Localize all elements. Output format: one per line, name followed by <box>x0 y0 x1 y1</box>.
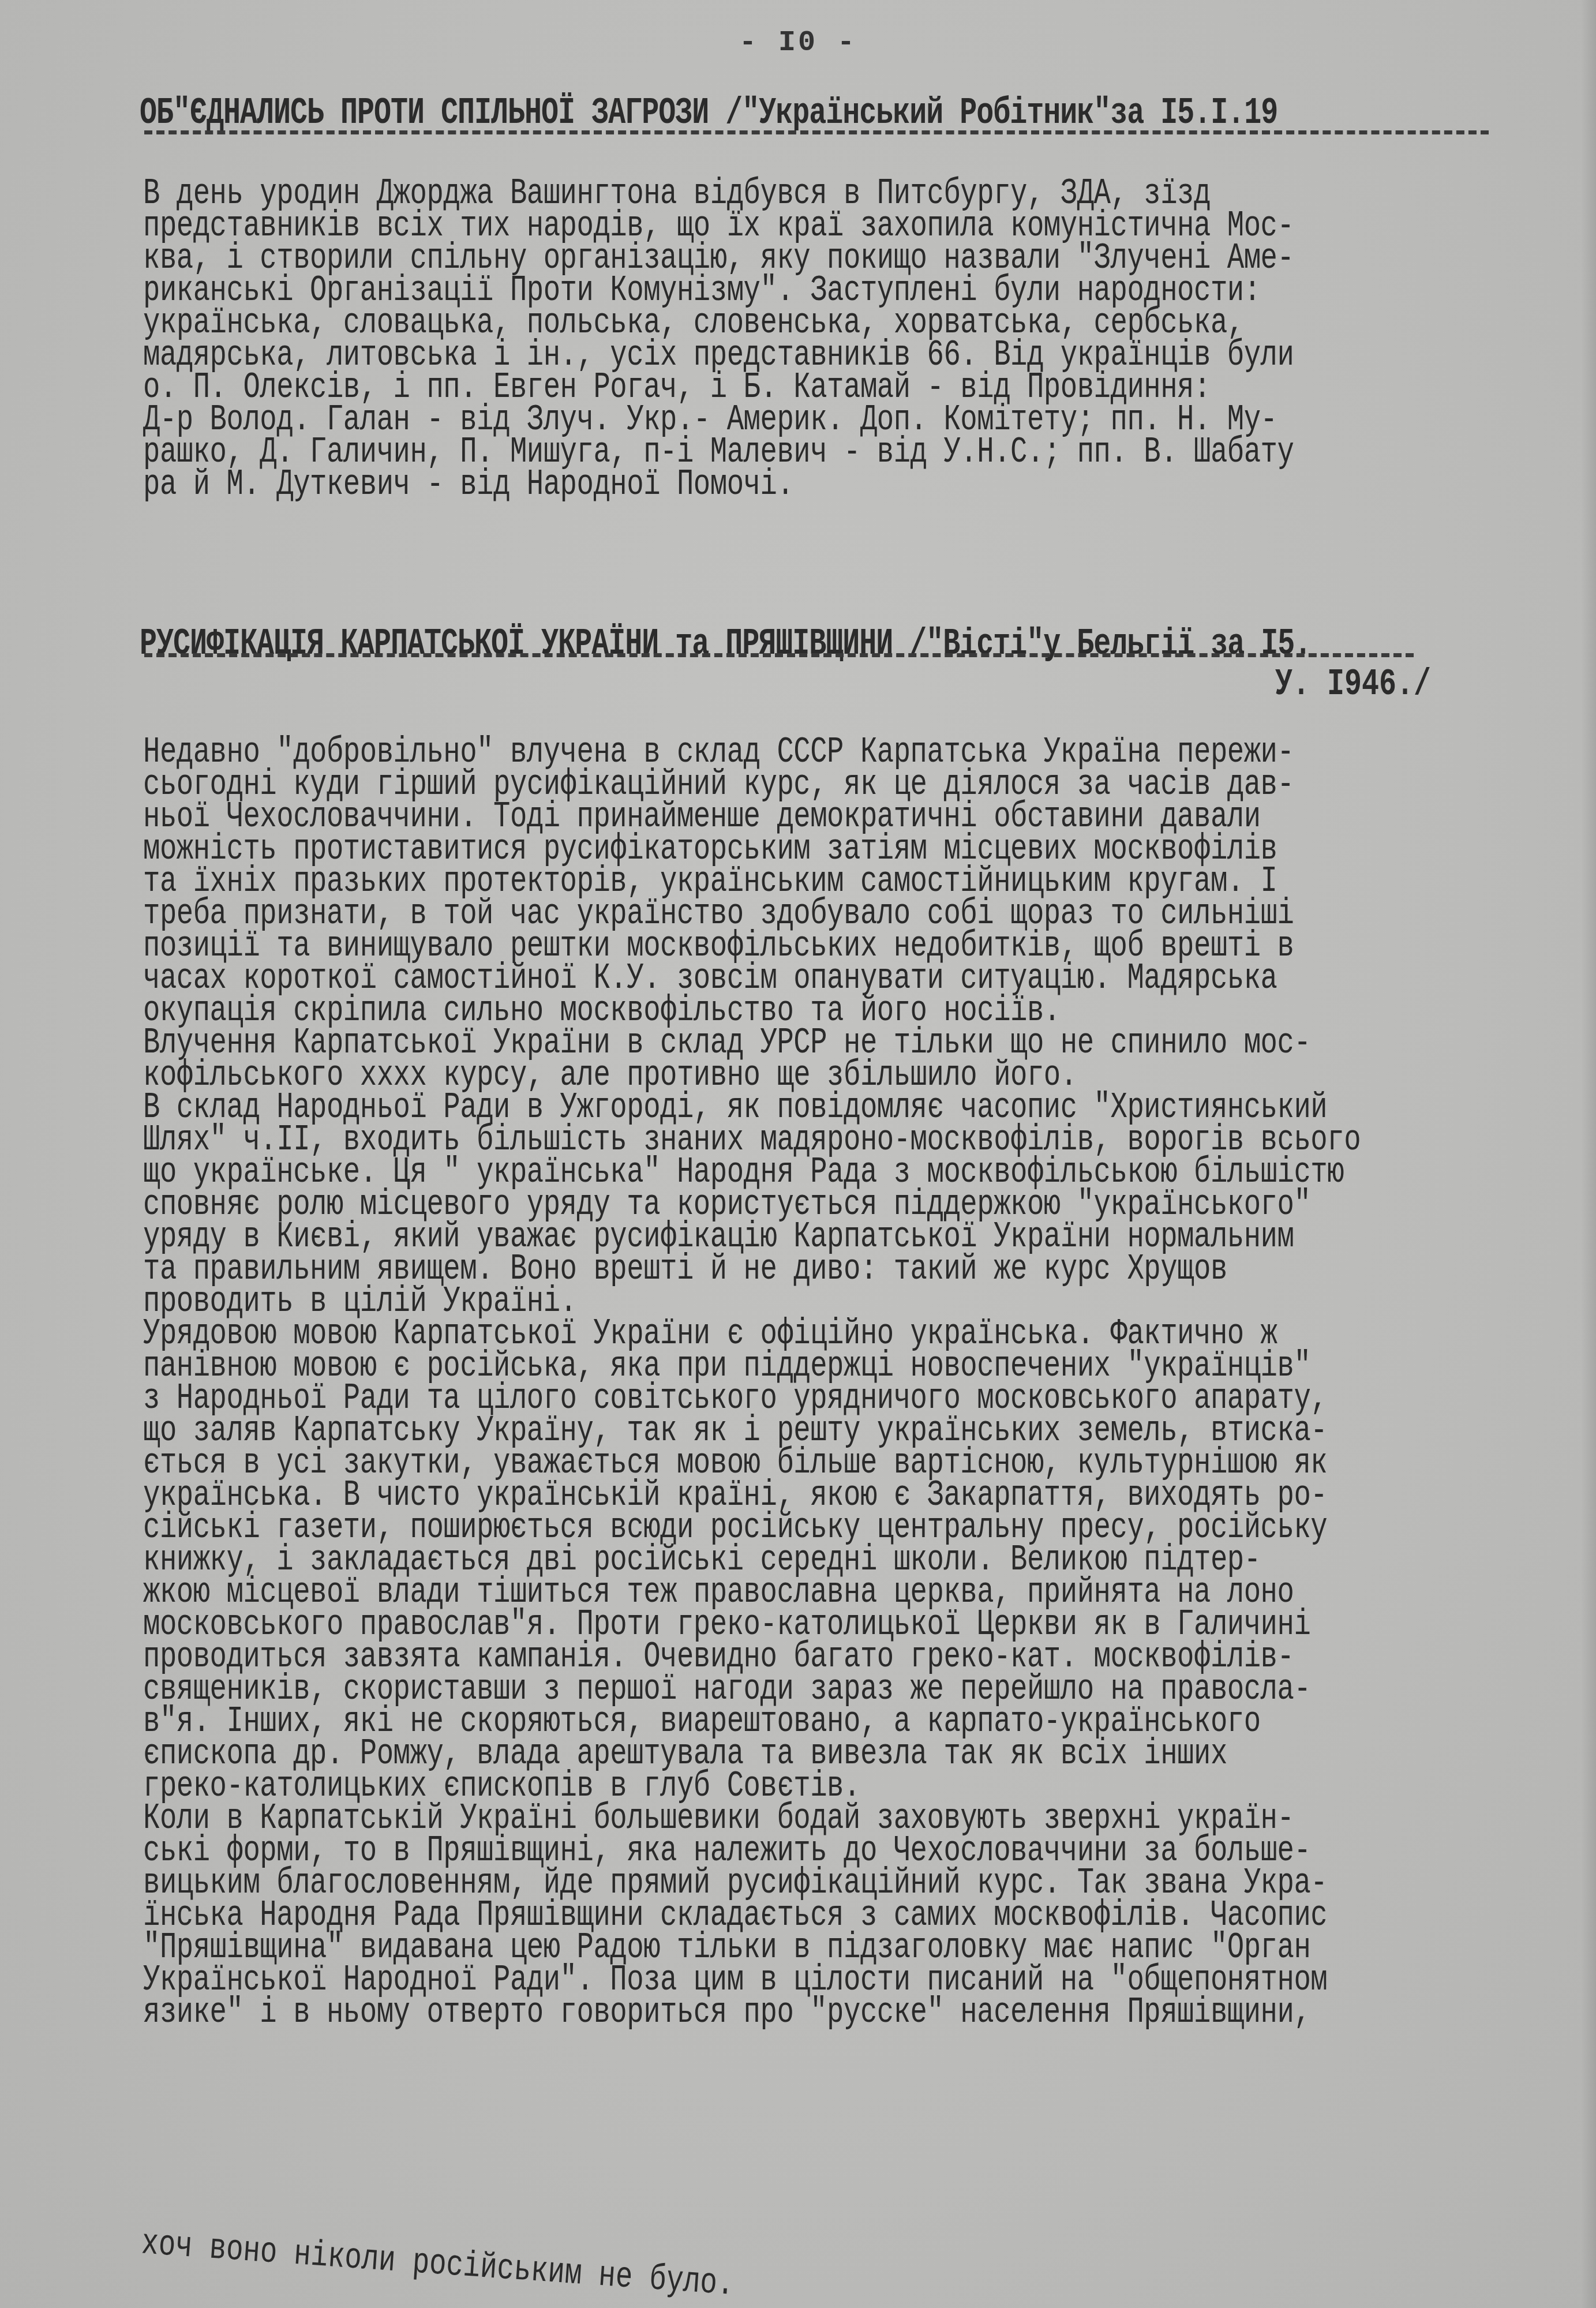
article-2-heading-date: У. I946./ <box>1275 664 1431 706</box>
text-line: ра й М. Дуткевич - від Народної Помочі. <box>143 464 1586 505</box>
article-2-body: Недавно "добровільно" влучена в склад СС… <box>143 732 1586 2056</box>
article-2-heading-underline <box>144 653 1414 657</box>
article-2-heading: РУСИФІКАЦІЯ КАРПАТСЬКОЇ УКРАЇНИ та ПРЯШІ… <box>140 623 1311 666</box>
page-number: - I0 - <box>0 27 1596 59</box>
article-1-heading: ОБ"ЄДНАЛИСЬ ПРОТИ СПІЛЬНОЇ ЗАГРОЗИ /"Укр… <box>140 92 1277 135</box>
article-1-body: В день уродин Джорджа Вашингтона відбувс… <box>143 173 1586 496</box>
article-2-final-line: хоч воно ніколи російським не було. <box>140 2223 736 2305</box>
text-line <box>143 2024 1586 2066</box>
article-1-heading-underline <box>144 130 1489 134</box>
document-page: - I0 - ОБ"ЄДНАЛИСЬ ПРОТИ СПІЛЬНОЇ ЗАГРОЗ… <box>0 0 1596 2308</box>
